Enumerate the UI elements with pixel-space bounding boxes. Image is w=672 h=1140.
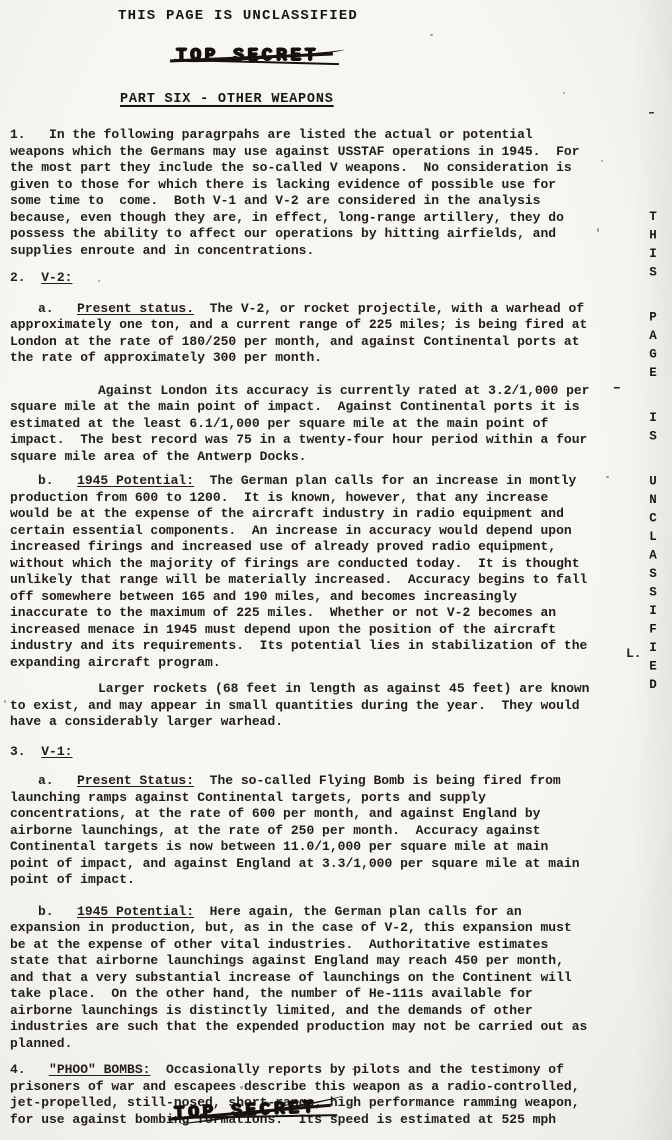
noise-speck [430, 34, 433, 36]
noise-speck [563, 92, 565, 94]
section-2b-paragraph: b. 1945 Potential: The German plan calls… [10, 473, 592, 671]
subsection-heading: Present status. [77, 301, 194, 316]
paragraph-text: Larger rockets (68 feet in length as aga… [10, 681, 597, 729]
paragraph-text: The so-called Flying Bomb is being fired… [10, 773, 587, 887]
paragraph-text: Against London its accuracy is currently… [10, 383, 597, 464]
subsection-heading: Present Status: [77, 773, 194, 788]
margin-mark-dash: - [647, 106, 657, 120]
section-title: V-2: [41, 270, 72, 285]
noise-speck [606, 476, 609, 478]
noise-speck [601, 160, 603, 162]
section-3a-paragraph: a. Present Status: The so-called Flying … [10, 773, 592, 889]
classification-banner-top: THIS PAGE IS UNCLASSIFIED [118, 8, 358, 24]
paragraph-number: 1. [10, 127, 49, 142]
section-2a-paragraph: a. Present status. The V-2, or rocket pr… [10, 301, 592, 367]
stamp-text: TOP SECRET [176, 46, 319, 66]
section-2a-continuation: Against London its accuracy is currently… [10, 383, 592, 466]
paragraph-text: In the following paragrpahs are listed t… [10, 127, 587, 258]
margin-mark-l: L. [626, 646, 642, 661]
subsection-heading: 1945 Potential: [77, 904, 194, 919]
subsection-heading: "PHOO" BOMBS: [49, 1062, 150, 1077]
subsection-label: b. [38, 473, 77, 488]
margin-mark-dash: - [611, 380, 624, 395]
section-number: 4. [10, 1062, 49, 1077]
paragraph-text: The German plan calls for an increase in… [10, 473, 595, 670]
top-secret-stamp-top: TOP SECRET [176, 46, 319, 66]
document-body: 1. In the following paragrpahs are liste… [10, 127, 592, 1128]
noise-speck [597, 228, 599, 232]
section-number: 3. [10, 744, 41, 759]
paragraph-text: Here again, the German plan calls for an… [10, 904, 595, 1051]
side-classification-text: THIS PAGE IS UNCLASSIFIED [646, 210, 660, 670]
noise-speck [4, 700, 6, 703]
section-3-heading: 3. V-1: [10, 744, 592, 761]
paragraph-1: 1. In the following paragrpahs are liste… [10, 127, 592, 259]
section-title: V-1: [41, 744, 72, 759]
section-2-heading: 2. V-2: [10, 270, 592, 287]
document-page: THIS PAGE IS UNCLASSIFIED TOP SECRET PAR… [0, 0, 672, 1140]
section-2-larger-rockets: Larger rockets (68 feet in length as aga… [10, 681, 592, 731]
page-title: PART SIX - OTHER WEAPONS [120, 92, 334, 107]
subsection-heading: 1945 Potential: [77, 473, 194, 488]
noise-speck [352, 1068, 355, 1070]
subsection-label: a. [38, 301, 77, 316]
noise-speck [240, 1086, 243, 1089]
section-3b-paragraph: b. 1945 Potential: Here again, the Germa… [10, 904, 592, 1053]
noise-speck [98, 280, 100, 282]
subsection-label: a. [38, 773, 77, 788]
section-number: 2. [10, 270, 41, 285]
subsection-label: b. [38, 904, 77, 919]
